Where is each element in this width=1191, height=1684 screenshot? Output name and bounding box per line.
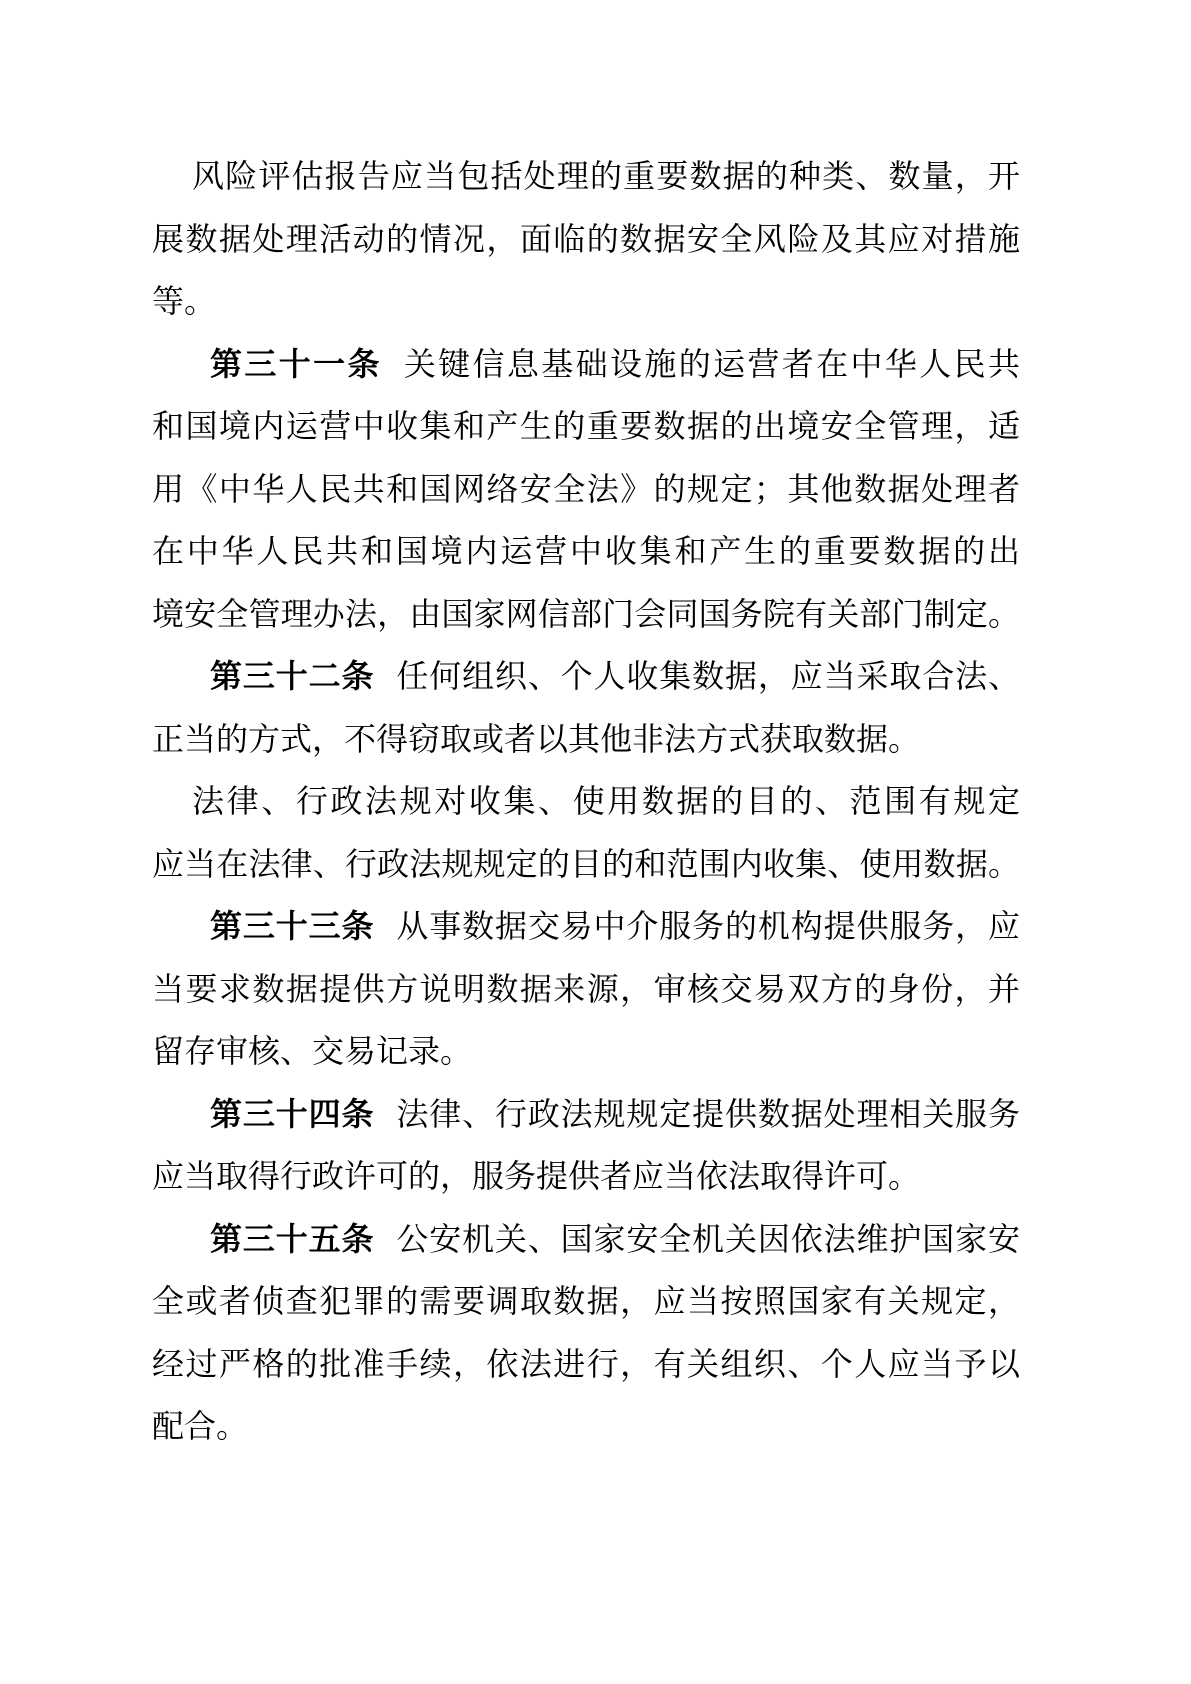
text-line: 应当取得行政许可的，服务提供者应当依法取得许可。 [152,1145,1020,1208]
text-line: 境安全管理办法，由国家网信部门会同国务院有关部门制定。 [152,583,1020,646]
text-line: 风险评估报告应当包括处理的重要数据的种类、数量，开 [152,145,1020,208]
text-line: 用《中华人民共和国网络安全法》的规定；其他数据处理者 [152,458,1020,521]
text-line: 配合。 [152,1395,1020,1458]
text-line: 当要求数据提供方说明数据来源，审核交易双方的身份，并 [152,958,1020,1021]
text-block: 风险评估报告应当包括处理的重要数据的种类、数量，开展数据处理活动的情况，面临的数… [152,145,1020,1458]
text-line: 第三十二条任何组织、个人收集数据，应当采取合法、 [152,645,1020,708]
text-line: 正当的方式，不得窃取或者以其他非法方式获取数据。 [152,708,1020,771]
text-line: 法律、行政法规对收集、使用数据的目的、范围有规定的， [152,770,1020,833]
line-text: 公安机关、国家安全机关因依法维护国家安 [396,1221,1020,1257]
line-text: 从事数据交易中介服务的机构提供服务，应 [396,908,1020,944]
text-line: 全或者侦查犯罪的需要调取数据，应当按照国家有关规定， [152,1270,1020,1333]
article-number: 第三十二条 [210,658,374,694]
text-line: 留存审核、交易记录。 [152,1020,1020,1083]
line-text: 关键信息基础设施的运营者在中华人民共 [404,346,1020,382]
text-line: 和国境内运营中收集和产生的重要数据的出境安全管理，适 [152,395,1020,458]
text-line: 第三十五条公安机关、国家安全机关因依法维护国家安 [152,1208,1020,1271]
text-line: 展数据处理活动的情况，面临的数据安全风险及其应对措施 [152,208,1020,271]
article-number: 第三十三条 [210,908,374,944]
article-number: 第三十五条 [210,1221,374,1257]
text-line: 应当在法律、行政法规规定的目的和范围内收集、使用数据。 [152,833,1020,896]
text-line: 第三十一条关键信息基础设施的运营者在中华人民共 [152,333,1020,396]
text-line: 经过严格的批准手续，依法进行，有关组织、个人应当予以 [152,1333,1020,1396]
article-number: 第三十四条 [210,1096,374,1132]
text-line: 第三十三条从事数据交易中介服务的机构提供服务，应 [152,895,1020,958]
article-number: 第三十一条 [210,346,382,382]
line-text: 任何组织、个人收集数据，应当采取合法、 [396,658,1020,694]
text-line: 等。 [152,270,1020,333]
line-text: 法律、行政法规规定提供数据处理相关服务 [396,1096,1020,1132]
document-page: 风险评估报告应当包括处理的重要数据的种类、数量，开展数据处理活动的情况，面临的数… [0,0,1191,1684]
text-line: 在中华人民共和国境内运营中收集和产生的重要数据的出 [152,520,1020,583]
text-line: 第三十四条法律、行政法规规定提供数据处理相关服务 [152,1083,1020,1146]
